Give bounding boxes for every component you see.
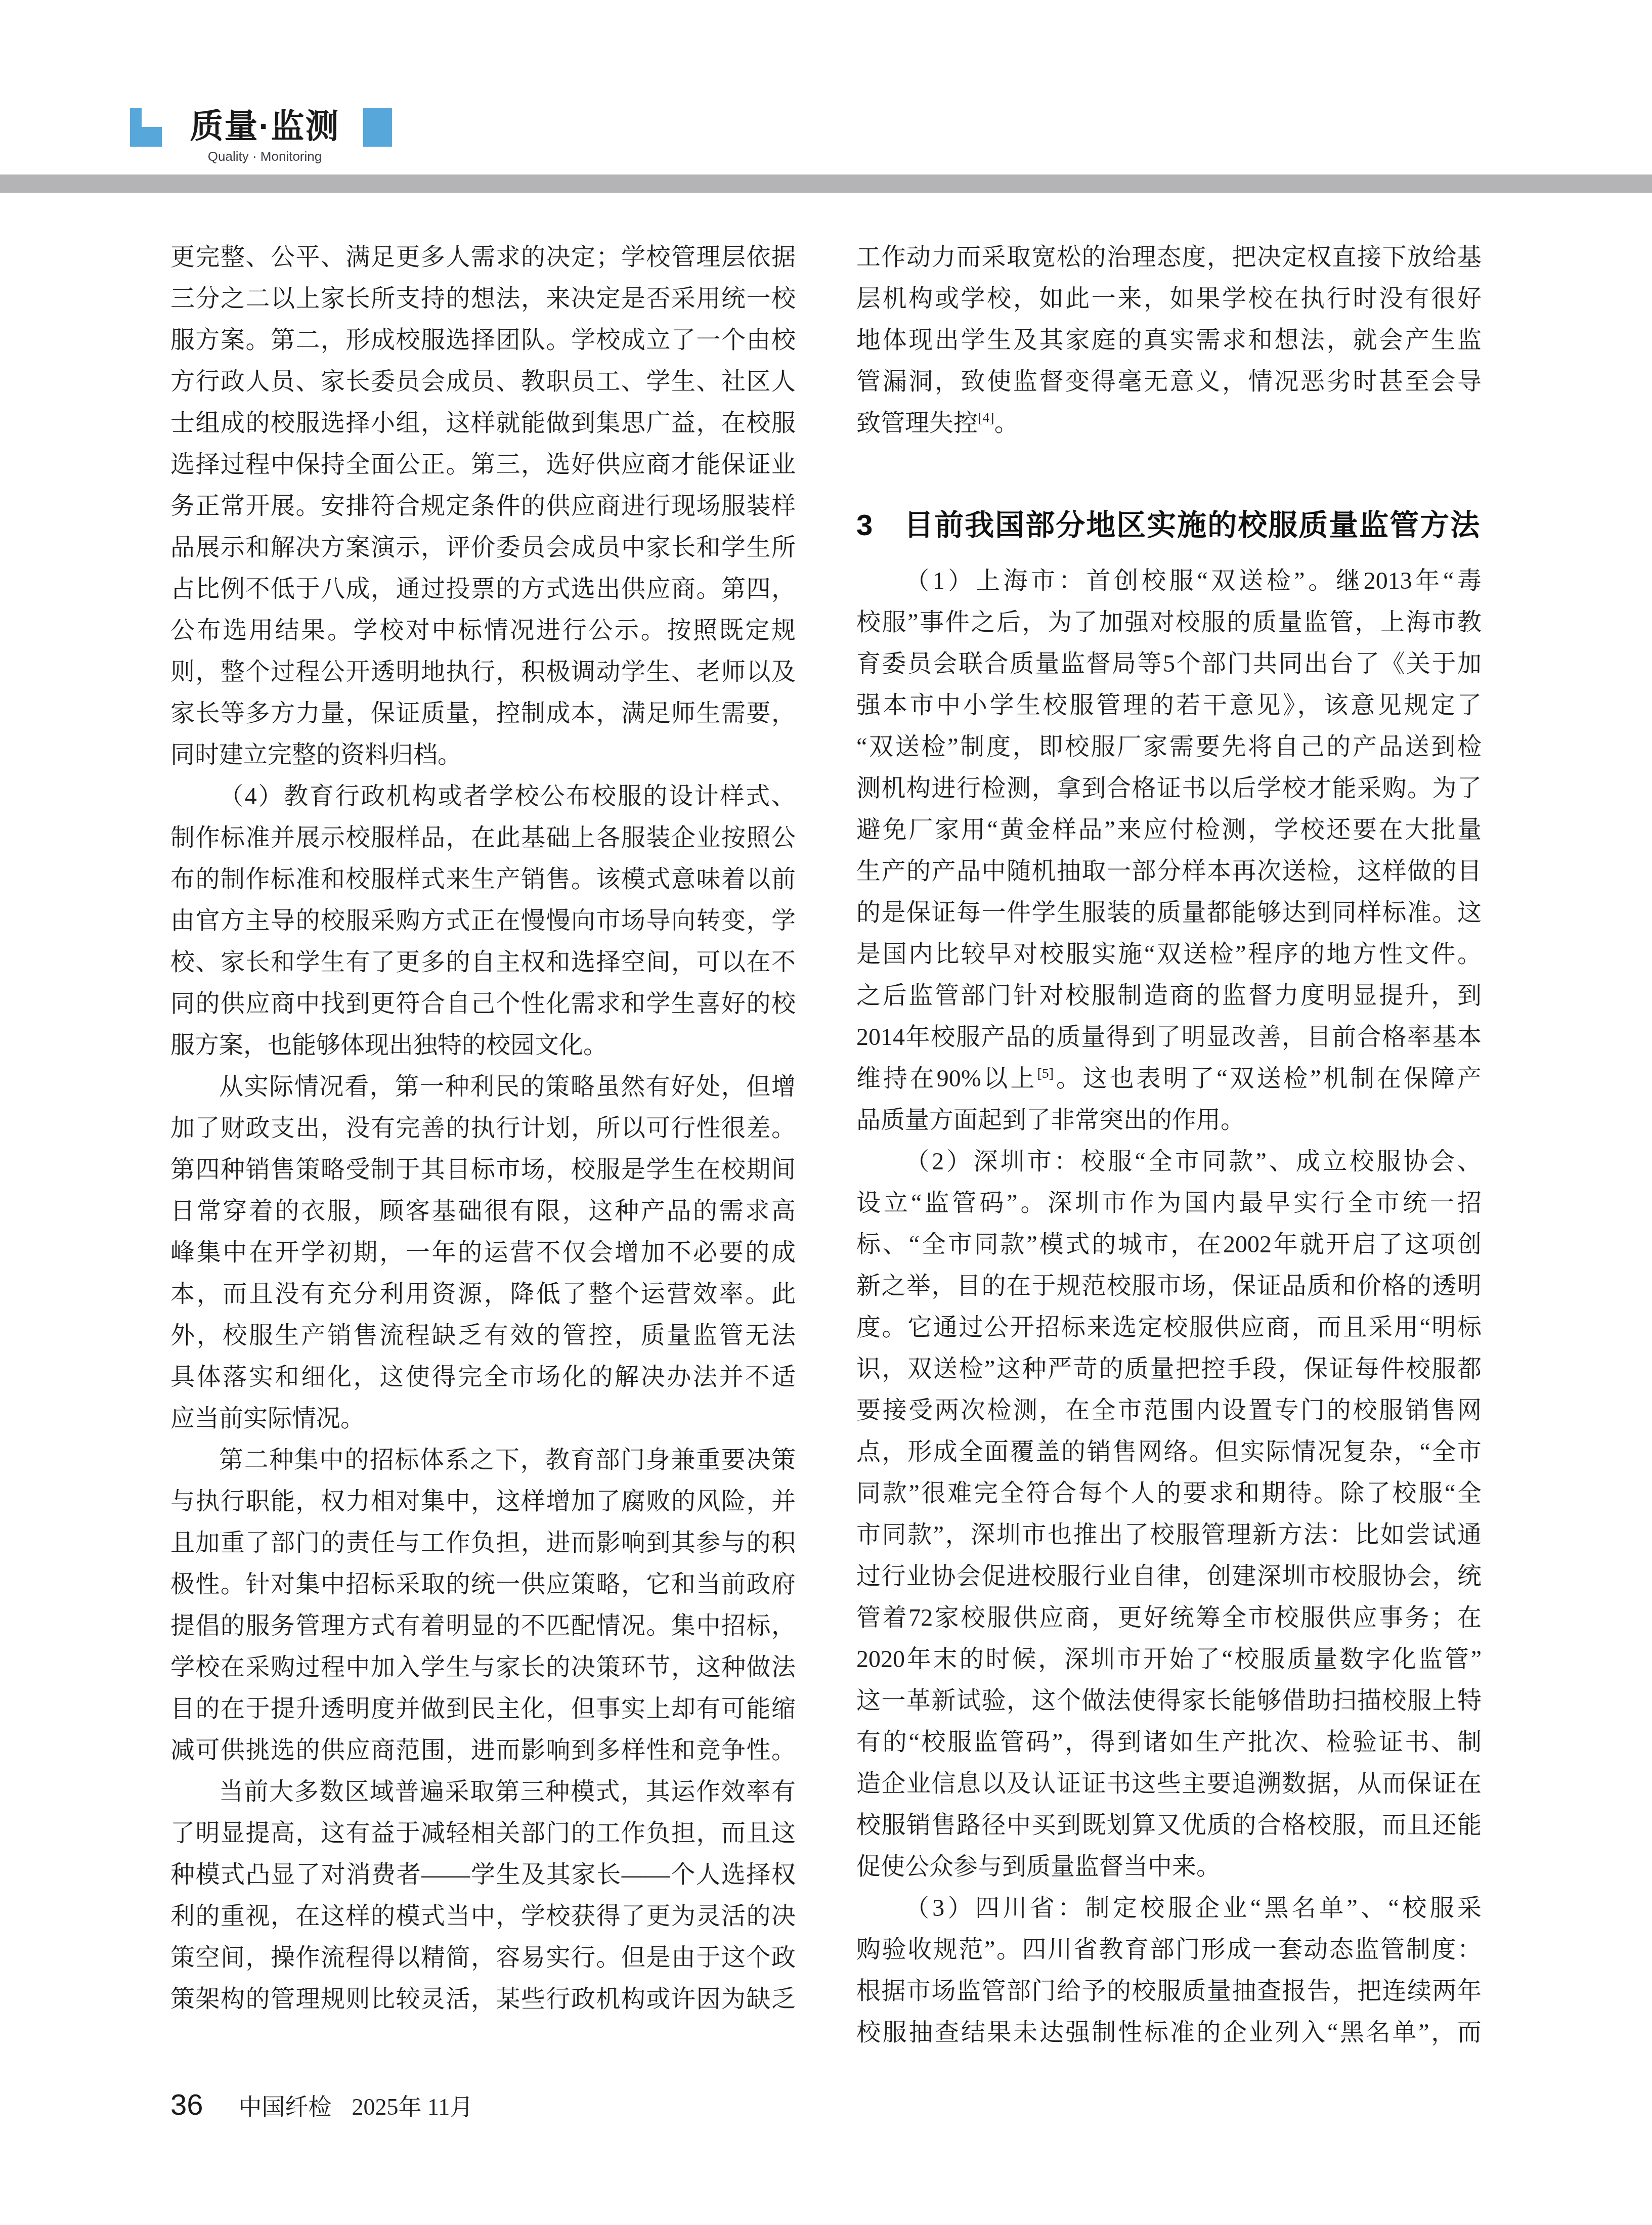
text-line: 要接受两次检测，在全市范围内设置专门的校服销售网 (856, 1390, 1482, 1431)
text-line: 避免厂家用“黄金样品”来应付检测，学校还要在大批量 (856, 809, 1482, 851)
issue-date: 2025年 11月 (352, 2088, 473, 2122)
text-line: 务正常开展。安排符合规定条件的供应商进行现场服装样 (170, 486, 796, 527)
text-line: 学校在采购过程中加入学生与家长的决策环节，这种做法 (170, 1647, 796, 1688)
text-line: 日常穿着的衣服，顾客基础很有限，这种产品的需求高 (170, 1191, 796, 1232)
journal-name: 中国纤检 (239, 2088, 332, 2122)
text-line: 2014年校服产品的质量得到了明显改善，目前合格率基本 (856, 1017, 1482, 1058)
section-category-label: 质量·监测 (190, 104, 340, 148)
text-line: 目的在于提升透明度并做到民主化，但事实上却有可能缩 (170, 1688, 796, 1730)
text-line: 识，双送检”这种严苛的质量把控手段，保证每件校服都 (856, 1348, 1482, 1390)
left-column: 更完整、公平、满足更多人需求的决定；学校管理层依据三分之二以上家长所支持的想法，… (170, 237, 796, 2020)
text-line: 有的“校服监管码”，得到诸如生产批次、检验证书、制 (856, 1722, 1482, 1763)
text-line: 且加重了部门的责任与工作负担，进而影响到其参与的积 (170, 1522, 796, 1564)
text-line: 制作标准并展示校服样品，在此基础上各服装企业按照公 (170, 817, 796, 859)
text-line: 服方案。第二，形成校服选择团队。学校成立了一个由校 (170, 320, 796, 361)
text-line: 标、“全市同款”模式的城市，在2002年就开启了这项创 (856, 1224, 1482, 1266)
text-line: 的是保证每一件学生服装的质量都能够达到同样标准。这 (856, 892, 1482, 934)
text-line: 加了财政支出，没有完善的执行计划，所以可行性很差。 (170, 1108, 796, 1149)
text-line: 市同款”，深圳市也推出了校服管理新方法：比如尝试通 (856, 1514, 1482, 1556)
text-line: 策架构的管理规则比较灵活，某些行政机构或许因为缺乏 (170, 1979, 796, 2020)
text-line: 工作动力而采取宽松的治理态度，把决定权直接下放给基 (856, 237, 1482, 278)
journal-page: 质量·监测 Quality · Monitoring 更完整、公平、满足更多人需… (0, 0, 1652, 2225)
text-line: 同款”很难完全符合每个人的要求和期待。除了校服“全 (856, 1473, 1482, 1514)
text-line: 校服销售路径中买到既划算又优质的合格校服，而且还能 (856, 1805, 1482, 1846)
text-line: （3）四川省：制定校服企业“黑名单”、“校服采 (856, 1888, 1482, 1929)
text-line: 育委员会联合质量监督局等5个部门共同出台了《关于加 (856, 643, 1482, 685)
text-line: 品展示和解决方案演示，评价委员会成员中家长和学生所 (170, 527, 796, 569)
text-line: 维持在90%以上[5]。这也表明了“双送检”机制在保障产 (856, 1058, 1482, 1100)
text-line: 利的重视，在这样的模式当中，学校获得了更为灵活的决 (170, 1896, 796, 1937)
text-line: 由官方主导的校服采购方式正在慢慢向市场导向转变，学 (170, 900, 796, 942)
text-line: 点，形成全面覆盖的销售网络。但实际情况复杂，“全市 (856, 1431, 1482, 1473)
text-line: 公布选用结果。学校对中标情况进行公示。按照既定规 (170, 610, 796, 651)
text-line: 设立“监管码”。深圳市作为国内最早实行全市统一招 (856, 1183, 1482, 1224)
text-line: 致管理失控[4]。 (856, 403, 1482, 444)
section-heading: 3 目前我国部分地区实施的校服质量监管方法 (856, 503, 1482, 548)
text-line: 造企业信息以及认证证书这些主要追溯数据，从而保证在 (856, 1763, 1482, 1805)
text-line: 第四种销售策略受制于其目标市场，校服是学生在校期间 (170, 1149, 796, 1191)
text-line: 峰集中在开学初期，一年的运营不仅会增加不必要的成 (170, 1232, 796, 1274)
text-line: 士组成的校服选择小组，这样就能做到集思广益，在校服 (170, 403, 796, 444)
text-line: 测机构进行检测，拿到合格证书以后学校才能采购。为了 (856, 768, 1482, 809)
accent-corner-shape (130, 108, 162, 147)
text-line: 策空间，操作流程得以精简，容易实行。但是由于这个政 (170, 1937, 796, 1979)
reference-marker: [5] (1037, 1066, 1054, 1081)
header-divider-bar (0, 174, 1652, 193)
text-line: 布的制作标准和校服样式来生产销售。该模式意味着以前 (170, 859, 796, 900)
text-line: 管着72家校服供应商，更好统筹全市校服供应事务；在 (856, 1597, 1482, 1639)
text-line: 根据市场监管部门给予的校服质量抽查报告，把连续两年 (856, 1971, 1482, 2012)
text-line: 过行业协会促进校服行业自律，创建深圳市校服协会，统 (856, 1556, 1482, 1597)
text-line: 校服”事件之后，为了加强对校服的质量监管，上海市教 (856, 602, 1482, 643)
text-line: 与执行职能，权力相对集中，这样增加了腐败的风险，并 (170, 1481, 796, 1522)
reference-marker: [4] (978, 410, 994, 426)
page-footer: 36 中国纤检 2025年 11月 (170, 2088, 473, 2122)
text-line: 了明显提高，这有益于减轻相关部门的工作负担，而且这 (170, 1813, 796, 1854)
text-line: 同的供应商中找到更符合自己个性化需求和学生喜好的校 (170, 983, 796, 1025)
section-category-label-en: Quality · Monitoring (190, 148, 340, 165)
right-column-intro: 工作动力而采取宽松的治理态度，把决定权直接下放给基层机构或学校，如此一来，如果学… (856, 237, 1482, 444)
text-line: 新之举，目的在于规范校服市场，保证品质和价格的透明 (856, 1266, 1482, 1307)
text-line: 层机构或学校，如此一来，如果学校在执行时没有很好 (856, 278, 1482, 320)
text-line: 这一革新试验，这个做法使得家长能够借助扫描校服上特 (856, 1680, 1482, 1722)
text-line: （2）深圳市：校服“全市同款”、成立校服协会、 (856, 1141, 1482, 1183)
text-line: 三分之二以上家长所支持的想法，来决定是否采用统一校 (170, 278, 796, 320)
text-line: 减可供挑选的供应商范围，进而影响到多样性和竞争性。 (170, 1730, 796, 1771)
section-heading-title: 目前我国部分地区实施的校服质量监管方法 (904, 503, 1481, 548)
text-line: 购验收规范”。四川省教育部门形成一套动态监管制度： (856, 1929, 1482, 1971)
text-line: 服方案，也能够体现出独特的校园文化。 (170, 1025, 796, 1066)
accent-square-shape (363, 108, 392, 147)
text-line: 强本市中小学生校服管理的若干意见》，该意见规定了 (856, 685, 1482, 726)
text-line: 生产的产品中随机抽取一部分样本再次送检，这样做的目 (856, 851, 1482, 892)
text-line: 则，整个过程公开透明地执行，积极调动学生、老师以及 (170, 651, 796, 693)
text-line: 校、家长和学生有了更多的自主权和选择空间，可以在不 (170, 942, 796, 983)
text-line: 方行政人员、家长委员会成员、教职员工、学生、社区人 (170, 361, 796, 403)
section-heading-number: 3 (856, 503, 873, 548)
text-line: 具体落实和细化，这使得完全市场化的解决办法并不适 (170, 1357, 796, 1398)
text-line: 从实际情况看，第一种利民的策略虽然有好处，但增 (170, 1066, 796, 1108)
text-line: 应当前实际情况。 (170, 1398, 796, 1439)
text-line: 地体现出学生及其家庭的真实需求和想法，就会产生监 (856, 320, 1482, 361)
text-line: 管漏洞，致使监督变得毫无意义，情况恶劣时甚至会导 (856, 361, 1482, 403)
text-line: 家长等多方力量，保证质量，控制成本，满足师生需要， (170, 693, 796, 734)
text-line: 更完整、公平、满足更多人需求的决定；学校管理层依据 (170, 237, 796, 278)
text-line: 校服抽查结果未达强制性标准的企业列入“黑名单”，而 (856, 2012, 1482, 2054)
text-line: 度。它通过公开招标来选定校服供应商，而且采用“明标 (856, 1307, 1482, 1348)
text-line: 外，校服生产销售流程缺乏有效的管控，质量监管无法 (170, 1315, 796, 1357)
text-line: 极性。针对集中招标采取的统一供应策略，它和当前政府 (170, 1564, 796, 1605)
text-line: 之后监管部门针对校服制造商的监督力度明显提升，到 (856, 975, 1482, 1017)
text-line: 选择过程中保持全面公正。第三，选好供应商才能保证业 (170, 444, 796, 486)
text-line: （1）上海市：首创校服“双送检”。继2013年“毒 (856, 560, 1482, 602)
text-line: 是国内比较早对校服实施“双送检”程序的地方性文件。 (856, 934, 1482, 975)
right-column-body: （1）上海市：首创校服“双送检”。继2013年“毒校服”事件之后，为了加强对校服… (856, 560, 1482, 2054)
text-line: 2020年末的时候，深圳市开始了“校服质量数字化监管” (856, 1639, 1482, 1680)
text-line: 促使公众参与到质量监督当中来。 (856, 1846, 1482, 1888)
text-line: 第二种集中的招标体系之下，教育部门身兼重要决策 (170, 1439, 796, 1481)
right-column: 工作动力而采取宽松的治理态度，把决定权直接下放给基层机构或学校，如此一来，如果学… (856, 237, 1482, 2054)
page-number: 36 (170, 2088, 203, 2122)
text-line: 品质量方面起到了非常突出的作用。 (856, 1100, 1482, 1141)
text-line: 本，而且没有充分利用资源，降低了整个运营效率。此 (170, 1274, 796, 1315)
text-line: （4）教育行政机构或者学校公布校服的设计样式、 (170, 776, 796, 817)
text-line: 占比例不低于八成，通过投票的方式选出供应商。第四， (170, 569, 796, 610)
text-line: 同时建立完整的资料归档。 (170, 734, 796, 776)
text-line: “双送检”制度，即校服厂家需要先将自己的产品送到检 (856, 726, 1482, 768)
text-line: 当前大多数区域普遍采取第三种模式，其运作效率有 (170, 1771, 796, 1813)
text-line: 种模式凸显了对消费者——学生及其家长——个人选择权 (170, 1854, 796, 1896)
text-line: 提倡的服务管理方式有着明显的不匹配情况。集中招标， (170, 1605, 796, 1647)
